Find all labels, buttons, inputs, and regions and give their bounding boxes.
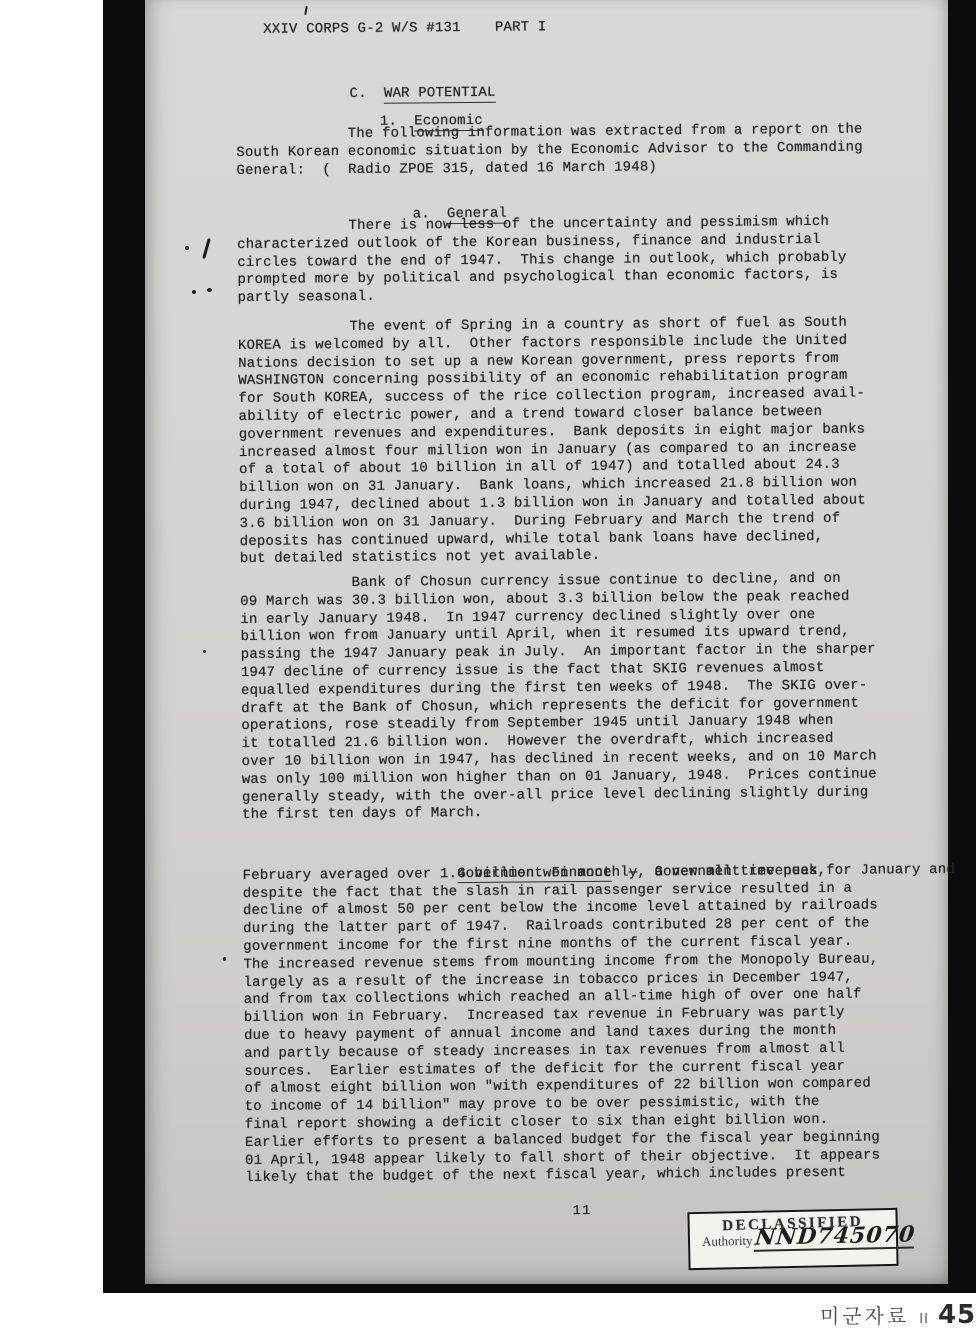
paragraph-currency: Bank of Chosun currency issue continue t… [240, 570, 877, 825]
paragraph-government-finance: Government Finance — Government revenues… [242, 844, 957, 1188]
typed-line: but detailed statistics not yet availabl… [240, 546, 867, 569]
scan-black-background: XXIV CORPS G-2 W/S #131 PART I C. WAR PO… [103, 0, 976, 1293]
archive-caption: 미군자료 II 455 [820, 1300, 976, 1330]
archive-caption-number: 455 [938, 1300, 976, 1330]
ink-speck [223, 957, 226, 961]
scanned-document-page: XXIV CORPS G-2 W/S #131 PART I C. WAR PO… [0, 0, 976, 1336]
paragraph-general-outlook: There is now less of the uncertainty and… [237, 214, 847, 308]
paragraph-spring: The event of Spring in a country as shor… [238, 315, 867, 570]
ink-speck [203, 650, 206, 653]
document-paper: XXIV CORPS G-2 W/S #131 PART I C. WAR PO… [145, 0, 948, 1284]
ink-speck [185, 246, 189, 250]
ink-speck [192, 290, 196, 294]
typed-line: partly seasonal. [238, 285, 847, 308]
typewritten-text-layer: XXIV CORPS G-2 W/S #131 PART I C. WAR PO… [235, 0, 926, 1284]
page-number: 11 [573, 1204, 592, 1219]
paragraph-intro: The following information was extracted … [236, 122, 863, 181]
document-header: XXIV CORPS G-2 W/S #131 PART I [263, 19, 546, 37]
ink-speck [207, 288, 212, 292]
archive-caption-korean: 미군자료 [820, 1300, 909, 1329]
archive-caption-roman-numeral: II [919, 1312, 929, 1327]
declassified-stamp: DECLASSIFIED Authority NND745070 [687, 1208, 898, 1270]
typed-line: the first ten days of March. [242, 802, 877, 825]
government-finance-body-lines: February averaged over 1.4 billion won m… [243, 862, 958, 1189]
handwritten-check-mark [202, 238, 211, 259]
stamp-authority-number-handwritten: NND745070 [753, 1223, 916, 1252]
